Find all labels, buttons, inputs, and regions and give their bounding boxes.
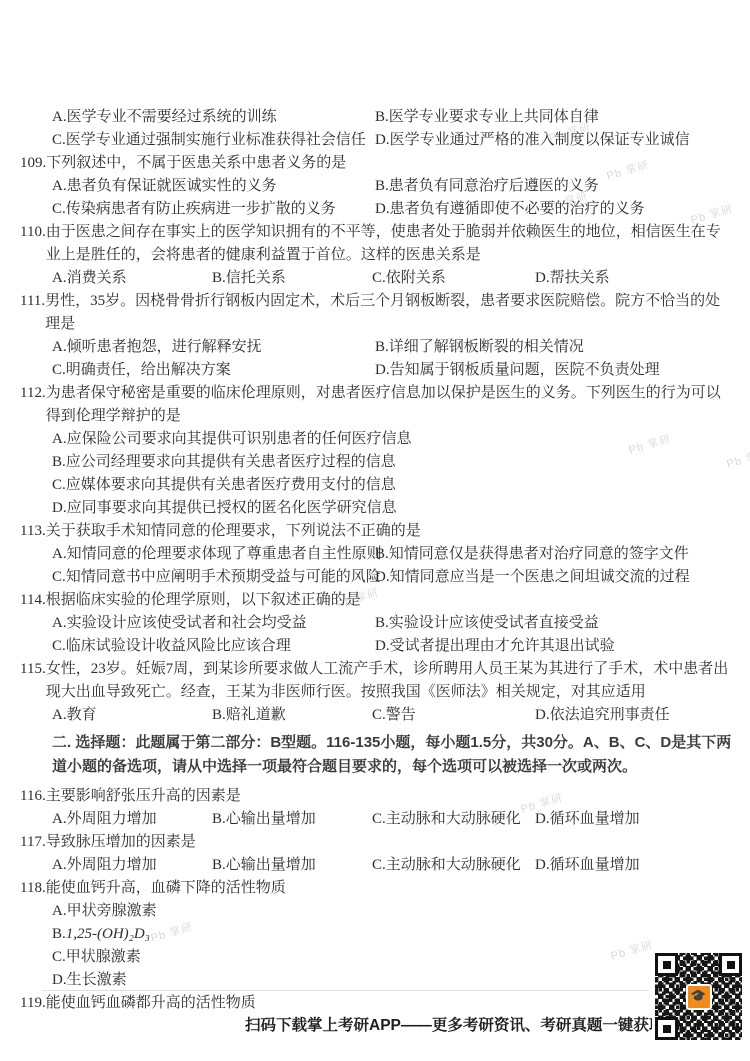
option-label: B. — [212, 811, 226, 827]
option: D.知情同意应当是一个医患之间坦诚交流的过程 — [375, 566, 732, 589]
question-line: 110.由于医患之间存在事实上的医学知识拥有的不平等，使患者处于脆弱并依赖医生的… — [20, 221, 732, 267]
option: C.知情同意书中应阐明手术预期受益与可能的风险 — [52, 566, 375, 589]
option-text: 教育 — [67, 707, 97, 723]
question-text: 男性，35岁。因桡骨骨折行钢板内固定术，术后三个月钢板断裂，患者要求医院赔偿。院… — [45, 290, 732, 336]
option: A.知情同意的伦理要求体现了尊重患者自主性原则 — [52, 543, 375, 566]
option: A.外周阻力增加 — [52, 854, 212, 877]
option-label: B. — [375, 615, 389, 631]
option: B.应公司经理要求向其提供有关患者医疗过程的信息 — [52, 451, 732, 474]
option-text: 应媒体要求向其提供有关患者医疗费用支付的信息 — [66, 477, 396, 493]
option-text: 知情同意仅是获得患者对治疗同意的签字文件 — [389, 546, 689, 562]
option-text: 医学专业通过严格的准入制度以保证专业诚信 — [390, 132, 690, 148]
options-list: A.应保险公司要求向其提供可识别患者的任何医疗信息B.应公司经理要求向其提供有关… — [52, 428, 732, 520]
footer-divider — [42, 990, 648, 991]
option: C.依附关系 — [372, 267, 535, 290]
option: C.医学专业通过强制实施行业标准获得社会信任 — [52, 129, 375, 152]
option-label: C. — [52, 132, 66, 148]
option-text: 医学专业要求专业上共同体自律 — [389, 109, 599, 125]
option: A.外周阻力增加 — [52, 808, 212, 831]
options-grid: A.外周阻力增加B.心输出量增加C.主动脉和大动脉硬化D.循环血量增加 — [52, 808, 732, 831]
qr-finder-icon — [719, 953, 742, 976]
question-line: 116.主要影响舒张压升高的因素是 — [20, 785, 732, 808]
option-text: 患者负有同意治疗后遵医的义务 — [389, 178, 599, 194]
option-label: B. — [212, 270, 226, 286]
option-label: A. — [52, 707, 67, 723]
option-text: 知情同意的伦理要求体现了尊重患者自主性原则 — [67, 546, 382, 562]
option-label: A. — [52, 615, 67, 631]
option: D.受试者提出理由才允许其退出试验 — [375, 635, 732, 658]
option: A.倾听患者抱怨，进行解释安抚 — [52, 336, 375, 359]
option: C.警告 — [372, 704, 535, 727]
question-line: 112.为患者保守秘密是重要的临床伦理原则，对患者医疗信息加以保护是医生的义务。… — [20, 382, 732, 428]
question-block: 109.下列叙述中，不属于医患关系中患者义务的是A.患者负有保证就医诚实性的义务… — [20, 152, 732, 221]
option: D.医学专业通过严格的准入制度以保证专业诚信 — [375, 129, 732, 152]
option: C.明确责任，给出解决方案 — [52, 359, 375, 382]
qr-finder-icon — [655, 953, 678, 976]
option-text: 传染病患者有防止疾病进一步扩散的义务 — [66, 201, 336, 217]
option-label: A. — [52, 546, 67, 562]
option-label: B. — [212, 707, 226, 723]
option: A.甲状旁腺激素 — [52, 900, 732, 923]
question-number: 119. — [20, 992, 46, 1015]
option: B.患者负有同意治疗后遵医的义务 — [375, 175, 732, 198]
option-label: B. — [212, 857, 226, 873]
option-text: 应公司经理要求向其提供有关患者医疗过程的信息 — [66, 454, 396, 470]
option-text: 循环血量增加 — [550, 857, 640, 873]
option-text: 甲状腺激素 — [66, 949, 141, 965]
option-text: 帮扶关系 — [550, 270, 610, 286]
option-text: 生长激素 — [67, 972, 127, 988]
option-text: 1,25-(OH)₂D₃ — [66, 926, 150, 942]
question-text: 女性，23岁。妊娠7周，到某诊所要求做人工流产手术，诊所聘用人员王某为其进行了手… — [46, 658, 732, 704]
option: B.1,25-(OH)₂D₃ — [52, 923, 732, 946]
option-label: D. — [375, 362, 390, 378]
option-label: B. — [52, 926, 66, 942]
option: B.赔礼道歉 — [212, 704, 372, 727]
option-text: 依附关系 — [386, 270, 446, 286]
option-label: C. — [52, 362, 66, 378]
question-block: 119.能使血钙血磷都升高的活性物质 — [20, 992, 732, 1015]
option: C.传染病患者有防止疾病进一步扩散的义务 — [52, 198, 375, 221]
graduation-cap-icon: 🎓 — [686, 984, 712, 1010]
option-label: C. — [372, 811, 386, 827]
question-text: 下列叙述中，不属于医患关系中患者义务的是 — [46, 152, 732, 175]
question-line: 111.男性，35岁。因桡骨骨折行钢板内固定术，术后三个月钢板断裂，患者要求医院… — [20, 290, 732, 336]
question-line: 115.女性，23岁。妊娠7周，到某诊所要求做人工流产手术，诊所聘用人员王某为其… — [20, 658, 732, 704]
options-list: A.甲状旁腺激素B.1,25-(OH)₂D₃C.甲状腺激素D.生长激素 — [52, 900, 732, 992]
option-text: 倾听患者抱怨，进行解释安抚 — [67, 339, 262, 355]
option-text: 信托关系 — [226, 270, 286, 286]
options-grid: A.知情同意的伦理要求体现了尊重患者自主性原则B.知情同意仅是获得患者对治疗同意… — [52, 543, 732, 589]
question-number: 110. — [20, 221, 46, 267]
option: A.实验设计应该使受试者和社会均受益 — [52, 612, 375, 635]
option: D.患者负有遵循即使不必要的治疗的义务 — [375, 198, 732, 221]
section-header: 二. 选择题：此题属于第二部分：B型题。116-135小题，每小题1.5分，共3… — [20, 731, 732, 779]
question-line: 117.导致脉压增加的因素是 — [20, 831, 732, 854]
option: D.循环血量增加 — [535, 808, 732, 831]
option-text: 受试者提出理由才允许其退出试验 — [390, 638, 615, 654]
question-number: 112. — [20, 382, 46, 428]
options-grid: A.实验设计应该使受试者和社会均受益B.实验设计应该使受试者直接受益C.临床试验… — [52, 612, 732, 658]
option: D.帮扶关系 — [535, 267, 732, 290]
option-text: 依法追究刑事责任 — [550, 707, 670, 723]
exam-paper-page: A.医学专业不需要经过系统的训练B.医学专业要求专业上共同体自律C.医学专业通过… — [0, 0, 750, 1061]
option-label: B. — [375, 178, 389, 194]
option: A.医学专业不需要经过系统的训练 — [52, 106, 375, 129]
qr-finder-icon — [655, 1017, 678, 1040]
option: D.应同事要求向其提供已授权的匿名化医学研究信息 — [52, 497, 732, 520]
option-label: D. — [535, 811, 550, 827]
question-number: 117. — [20, 831, 46, 854]
option: D.循环血量增加 — [535, 854, 732, 877]
option-label: C. — [52, 569, 66, 585]
question-number: 111. — [20, 290, 45, 336]
option-text: 赔礼道歉 — [226, 707, 286, 723]
question-block: 112.为患者保守秘密是重要的临床伦理原则，对患者医疗信息加以保护是医生的义务。… — [20, 382, 732, 520]
option: C.甲状腺激素 — [52, 946, 732, 969]
question-block: 113.关于获取手术知情同意的伦理要求，下列说法不正确的是A.知情同意的伦理要求… — [20, 520, 732, 589]
option-label: D. — [375, 201, 390, 217]
option: B.知情同意仅是获得患者对治疗同意的签字文件 — [375, 543, 732, 566]
option-text: 主动脉和大动脉硬化 — [386, 857, 521, 873]
question-block: 115.女性，23岁。妊娠7周，到某诊所要求做人工流产手术，诊所聘用人员王某为其… — [20, 658, 732, 727]
question-number: 115. — [20, 658, 46, 704]
question-block: 110.由于医患之间存在事实上的医学知识拥有的不平等，使患者处于脆弱并依赖医生的… — [20, 221, 732, 290]
option-label: B. — [375, 109, 389, 125]
option-label: A. — [52, 903, 67, 919]
option-label: D. — [535, 857, 550, 873]
options-grid: A.倾听患者抱怨，进行解释安抚B.详细了解钢板断裂的相关情况C.明确责任，给出解… — [52, 336, 732, 382]
option-text: 知情同意书中应阐明手术预期受益与可能的风险 — [66, 569, 381, 585]
option-label: B. — [375, 546, 389, 562]
option: D.生长激素 — [52, 969, 732, 992]
option-text: 主动脉和大动脉硬化 — [386, 811, 521, 827]
option-text: 应保险公司要求向其提供可识别患者的任何医疗信息 — [67, 431, 412, 447]
option-label: A. — [52, 811, 67, 827]
options-only-block: A.医学专业不需要经过系统的训练B.医学专业要求专业上共同体自律C.医学专业通过… — [20, 106, 732, 152]
question-text: 为患者保守秘密是重要的临床伦理原则，对患者医疗信息加以保护是医生的义务。下列医生… — [46, 382, 732, 428]
option-label: A. — [52, 857, 67, 873]
option: A.患者负有保证就医诚实性的义务 — [52, 175, 375, 198]
footer-text: 扫码下载掌上考研APP——更多考研资讯、考研真题一键获取 — [245, 1013, 645, 1035]
option: B.医学专业要求专业上共同体自律 — [375, 106, 732, 129]
option-label: A. — [52, 109, 67, 125]
question-text: 导致脉压增加的因素是 — [46, 831, 732, 854]
option-text: 外周阻力增加 — [67, 811, 157, 827]
option-text: 医学专业不需要经过系统的训练 — [67, 109, 277, 125]
option-text: 实验设计应该使受试者直接受益 — [389, 615, 599, 631]
question-block: 111.男性，35岁。因桡骨骨折行钢板内固定术，术后三个月钢板断裂，患者要求医院… — [20, 290, 732, 382]
question-block: 118.能使血钙升高，血磷下降的活性物质A.甲状旁腺激素B.1,25-(OH)₂… — [20, 877, 732, 992]
option: C.主动脉和大动脉硬化 — [372, 854, 535, 877]
option-label: D. — [535, 270, 550, 286]
options-grid: A.外周阻力增加B.心输出量增加C.主动脉和大动脉硬化D.循环血量增加 — [52, 854, 732, 877]
option-label: B. — [375, 339, 389, 355]
option: C.临床试验设计收益风险比应该合理 — [52, 635, 375, 658]
option: A.应保险公司要求向其提供可识别患者的任何医疗信息 — [52, 428, 732, 451]
option-text: 患者负有遵循即使不必要的治疗的义务 — [390, 201, 645, 217]
question-block: 116.主要影响舒张压升高的因素是A.外周阻力增加B.心输出量增加C.主动脉和大… — [20, 785, 732, 831]
option-label: B. — [52, 454, 66, 470]
option: D.依法追究刑事责任 — [535, 704, 732, 727]
option-text: 警告 — [386, 707, 416, 723]
option: B.详细了解钢板断裂的相关情况 — [375, 336, 732, 359]
options-grid: A.患者负有保证就医诚实性的义务B.患者负有同意治疗后遵医的义务C.传染病患者有… — [52, 175, 732, 221]
option-text: 实验设计应该使受试者和社会均受益 — [67, 615, 307, 631]
question-line: 118.能使血钙升高，血磷下降的活性物质 — [20, 877, 732, 900]
option-label: D. — [375, 132, 390, 148]
option-label: D. — [375, 638, 390, 654]
question-line: 113.关于获取手术知情同意的伦理要求，下列说法不正确的是 — [20, 520, 732, 543]
option-label: A. — [52, 431, 67, 447]
options-grid: A.教育B.赔礼道歉C.警告D.依法追究刑事责任 — [52, 704, 732, 727]
option-label: D. — [52, 500, 67, 516]
question-text: 关于获取手术知情同意的伦理要求，下列说法不正确的是 — [46, 520, 732, 543]
option-text: 详细了解钢板断裂的相关情况 — [389, 339, 584, 355]
option-label: C. — [372, 270, 386, 286]
option-text: 外周阻力增加 — [67, 857, 157, 873]
question-number: 114. — [20, 589, 46, 612]
option-text: 患者负有保证就医诚实性的义务 — [67, 178, 277, 194]
exam-body: A.医学专业不需要经过系统的训练B.医学专业要求专业上共同体自律C.医学专业通过… — [20, 106, 732, 1015]
question-text: 由于医患之间存在事实上的医学知识拥有的不平等，使患者处于脆弱并依赖医生的地位，相… — [46, 221, 732, 267]
question-text: 能使血钙血磷都升高的活性物质 — [46, 992, 732, 1015]
option-label: A. — [52, 339, 67, 355]
option-text: 明确责任，给出解决方案 — [66, 362, 231, 378]
option-text: 应同事要求向其提供已授权的匿名化医学研究信息 — [67, 500, 397, 516]
option: C.主动脉和大动脉硬化 — [372, 808, 535, 831]
option-text: 临床试验设计收益风险比应该合理 — [66, 638, 291, 654]
option: A.教育 — [52, 704, 212, 727]
question-block: 114.根据临床实验的伦理学原则，以下叙述正确的是A.实验设计应该使受试者和社会… — [20, 589, 732, 658]
options-grid: A.医学专业不需要经过系统的训练B.医学专业要求专业上共同体自律C.医学专业通过… — [52, 106, 732, 152]
question-line: 119.能使血钙血磷都升高的活性物质 — [20, 992, 732, 1015]
option-label: D. — [535, 707, 550, 723]
option-label: C. — [52, 949, 66, 965]
option: C.应媒体要求向其提供有关患者医疗费用支付的信息 — [52, 474, 732, 497]
option-text: 消费关系 — [67, 270, 127, 286]
option: D.告知属于钢板质量问题，医院不负责处理 — [375, 359, 732, 382]
option-label: D. — [375, 569, 390, 585]
option-text: 心输出量增加 — [226, 857, 316, 873]
question-number: 113. — [20, 520, 46, 543]
option-label: C. — [372, 857, 386, 873]
question-text: 根据临床实验的伦理学原则，以下叙述正确的是 — [46, 589, 732, 612]
question-number: 116. — [20, 785, 46, 808]
option-text: 甲状旁腺激素 — [67, 903, 157, 919]
option-text: 心输出量增加 — [226, 811, 316, 827]
options-grid: A.消费关系B.信托关系C.依附关系D.帮扶关系 — [52, 267, 732, 290]
option-label: C. — [372, 707, 386, 723]
option-label: C. — [52, 201, 66, 217]
qr-code: 🎓 — [652, 950, 745, 1043]
question-number: 109. — [20, 152, 46, 175]
option-text: 告知属于钢板质量问题，医院不负责处理 — [390, 362, 660, 378]
option-label: C. — [52, 638, 66, 654]
option: B.信托关系 — [212, 267, 372, 290]
question-text: 能使血钙升高，血磷下降的活性物质 — [46, 877, 732, 900]
option: A.消费关系 — [52, 267, 212, 290]
question-text: 主要影响舒张压升高的因素是 — [46, 785, 732, 808]
question-number: 118. — [20, 877, 46, 900]
option-label: A. — [52, 270, 67, 286]
option: B.心输出量增加 — [212, 808, 372, 831]
option-label: D. — [52, 972, 67, 988]
question-line: 114.根据临床实验的伦理学原则，以下叙述正确的是 — [20, 589, 732, 612]
option-label: C. — [52, 477, 66, 493]
question-line: 109.下列叙述中，不属于医患关系中患者义务的是 — [20, 152, 732, 175]
option-text: 医学专业通过强制实施行业标准获得社会信任 — [66, 132, 366, 148]
option-text: 知情同意应当是一个医患之间坦诚交流的过程 — [390, 569, 690, 585]
option-label: A. — [52, 178, 67, 194]
option: B.实验设计应该使受试者直接受益 — [375, 612, 732, 635]
option-text: 循环血量增加 — [550, 811, 640, 827]
question-block: 117.导致脉压增加的因素是A.外周阻力增加B.心输出量增加C.主动脉和大动脉硬… — [20, 831, 732, 877]
option: B.心输出量增加 — [212, 854, 372, 877]
